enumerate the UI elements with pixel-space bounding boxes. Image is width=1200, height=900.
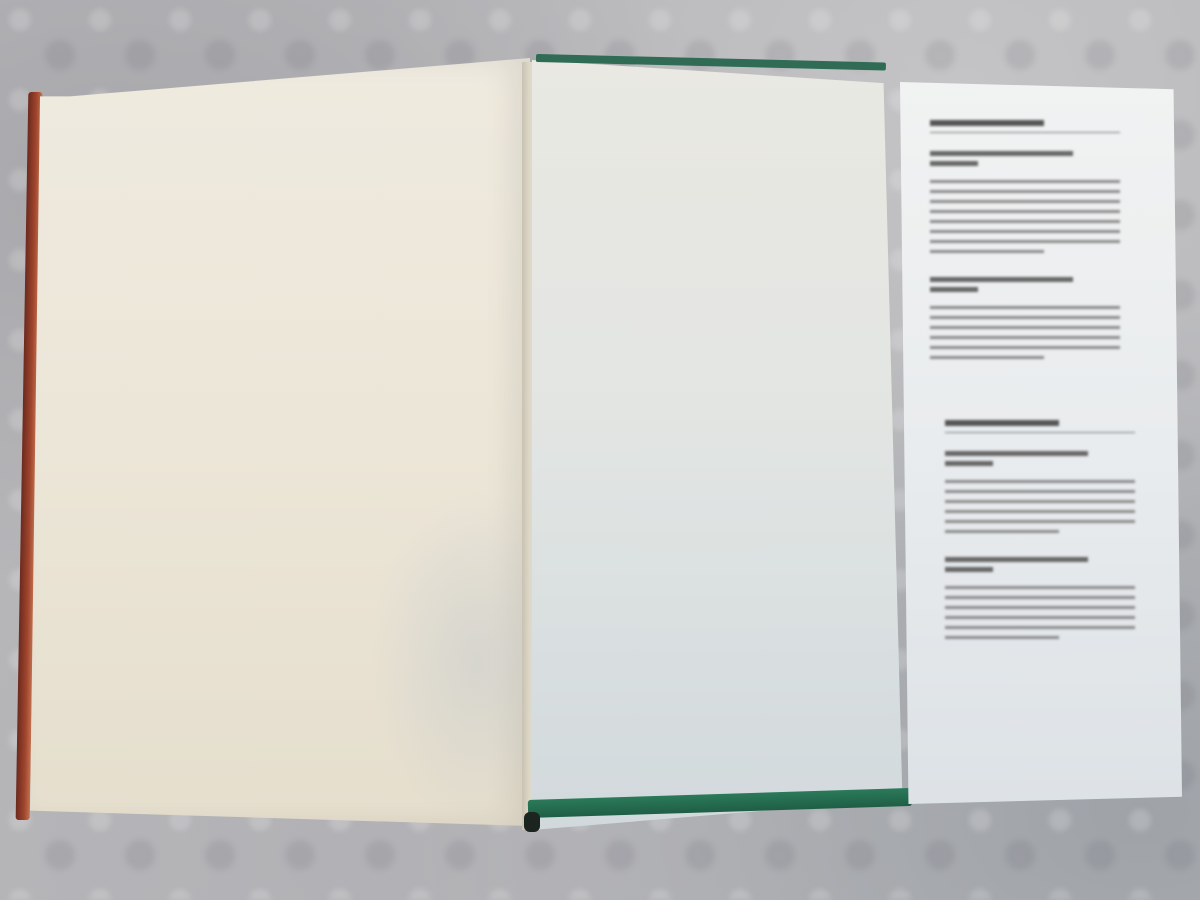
- flap-paragraph: [930, 180, 1120, 253]
- flap-text-line: [945, 596, 1135, 599]
- flap-text-line: [930, 180, 1120, 183]
- flap-text-line: [930, 210, 1120, 213]
- flap-paragraph: [945, 480, 1135, 533]
- flap-text-line: [930, 306, 1120, 309]
- flap-text-line: [930, 190, 1120, 193]
- flap-text-line: [930, 326, 1120, 329]
- flap-divider: [930, 132, 1120, 133]
- flap-section-2: [945, 420, 1135, 663]
- open-book: Open book Dust jacket flap (text illegib…: [0, 0, 1200, 900]
- flap-text-line: [930, 356, 1044, 359]
- flap-text-line: [945, 520, 1135, 523]
- flap-text-line: [930, 200, 1120, 203]
- left-page-blank: [30, 58, 530, 826]
- flap-text-line: [930, 240, 1120, 243]
- flap-subheading-line2: [945, 461, 993, 466]
- flap-section-heading: [945, 420, 1059, 426]
- flap-subheading-line2: [945, 567, 993, 572]
- flap-subheading: [945, 557, 1088, 562]
- flap-text-line: [930, 316, 1120, 319]
- spine-end: [524, 812, 540, 832]
- flap-text-line: [945, 626, 1135, 629]
- flap-text-line: [945, 636, 1059, 639]
- flap-text-line: [945, 616, 1135, 619]
- flap-text-line: [930, 346, 1120, 349]
- flap-divider: [945, 432, 1135, 433]
- flap-paragraph: [945, 586, 1135, 639]
- flap-text-line: [945, 586, 1135, 589]
- flap-text-line: [945, 490, 1135, 493]
- flap-section-1: [930, 120, 1120, 383]
- flap-subheading: [945, 451, 1088, 456]
- flap-text-line: [930, 336, 1120, 339]
- flap-text-line: [930, 220, 1120, 223]
- flap-paragraph: [930, 306, 1120, 359]
- flap-text-line: [945, 530, 1059, 533]
- flap-text-line: [945, 500, 1135, 503]
- flap-text-block: [900, 82, 1182, 804]
- flap-text-line: [930, 230, 1120, 233]
- right-endpaper-blank: [532, 60, 910, 830]
- flap-text-line: [945, 480, 1135, 483]
- flap-text-line: [930, 250, 1044, 253]
- flap-text-line: [945, 606, 1135, 609]
- flap-section-heading: [930, 120, 1044, 126]
- dust-jacket-flap: Dust jacket flap (text illegible): [900, 82, 1182, 804]
- flap-subheading-line2: [930, 161, 978, 166]
- flap-text-line: [945, 510, 1135, 513]
- flap-subheading-line2: [930, 287, 978, 292]
- flap-subheading: [930, 151, 1073, 156]
- flap-subheading: [930, 277, 1073, 282]
